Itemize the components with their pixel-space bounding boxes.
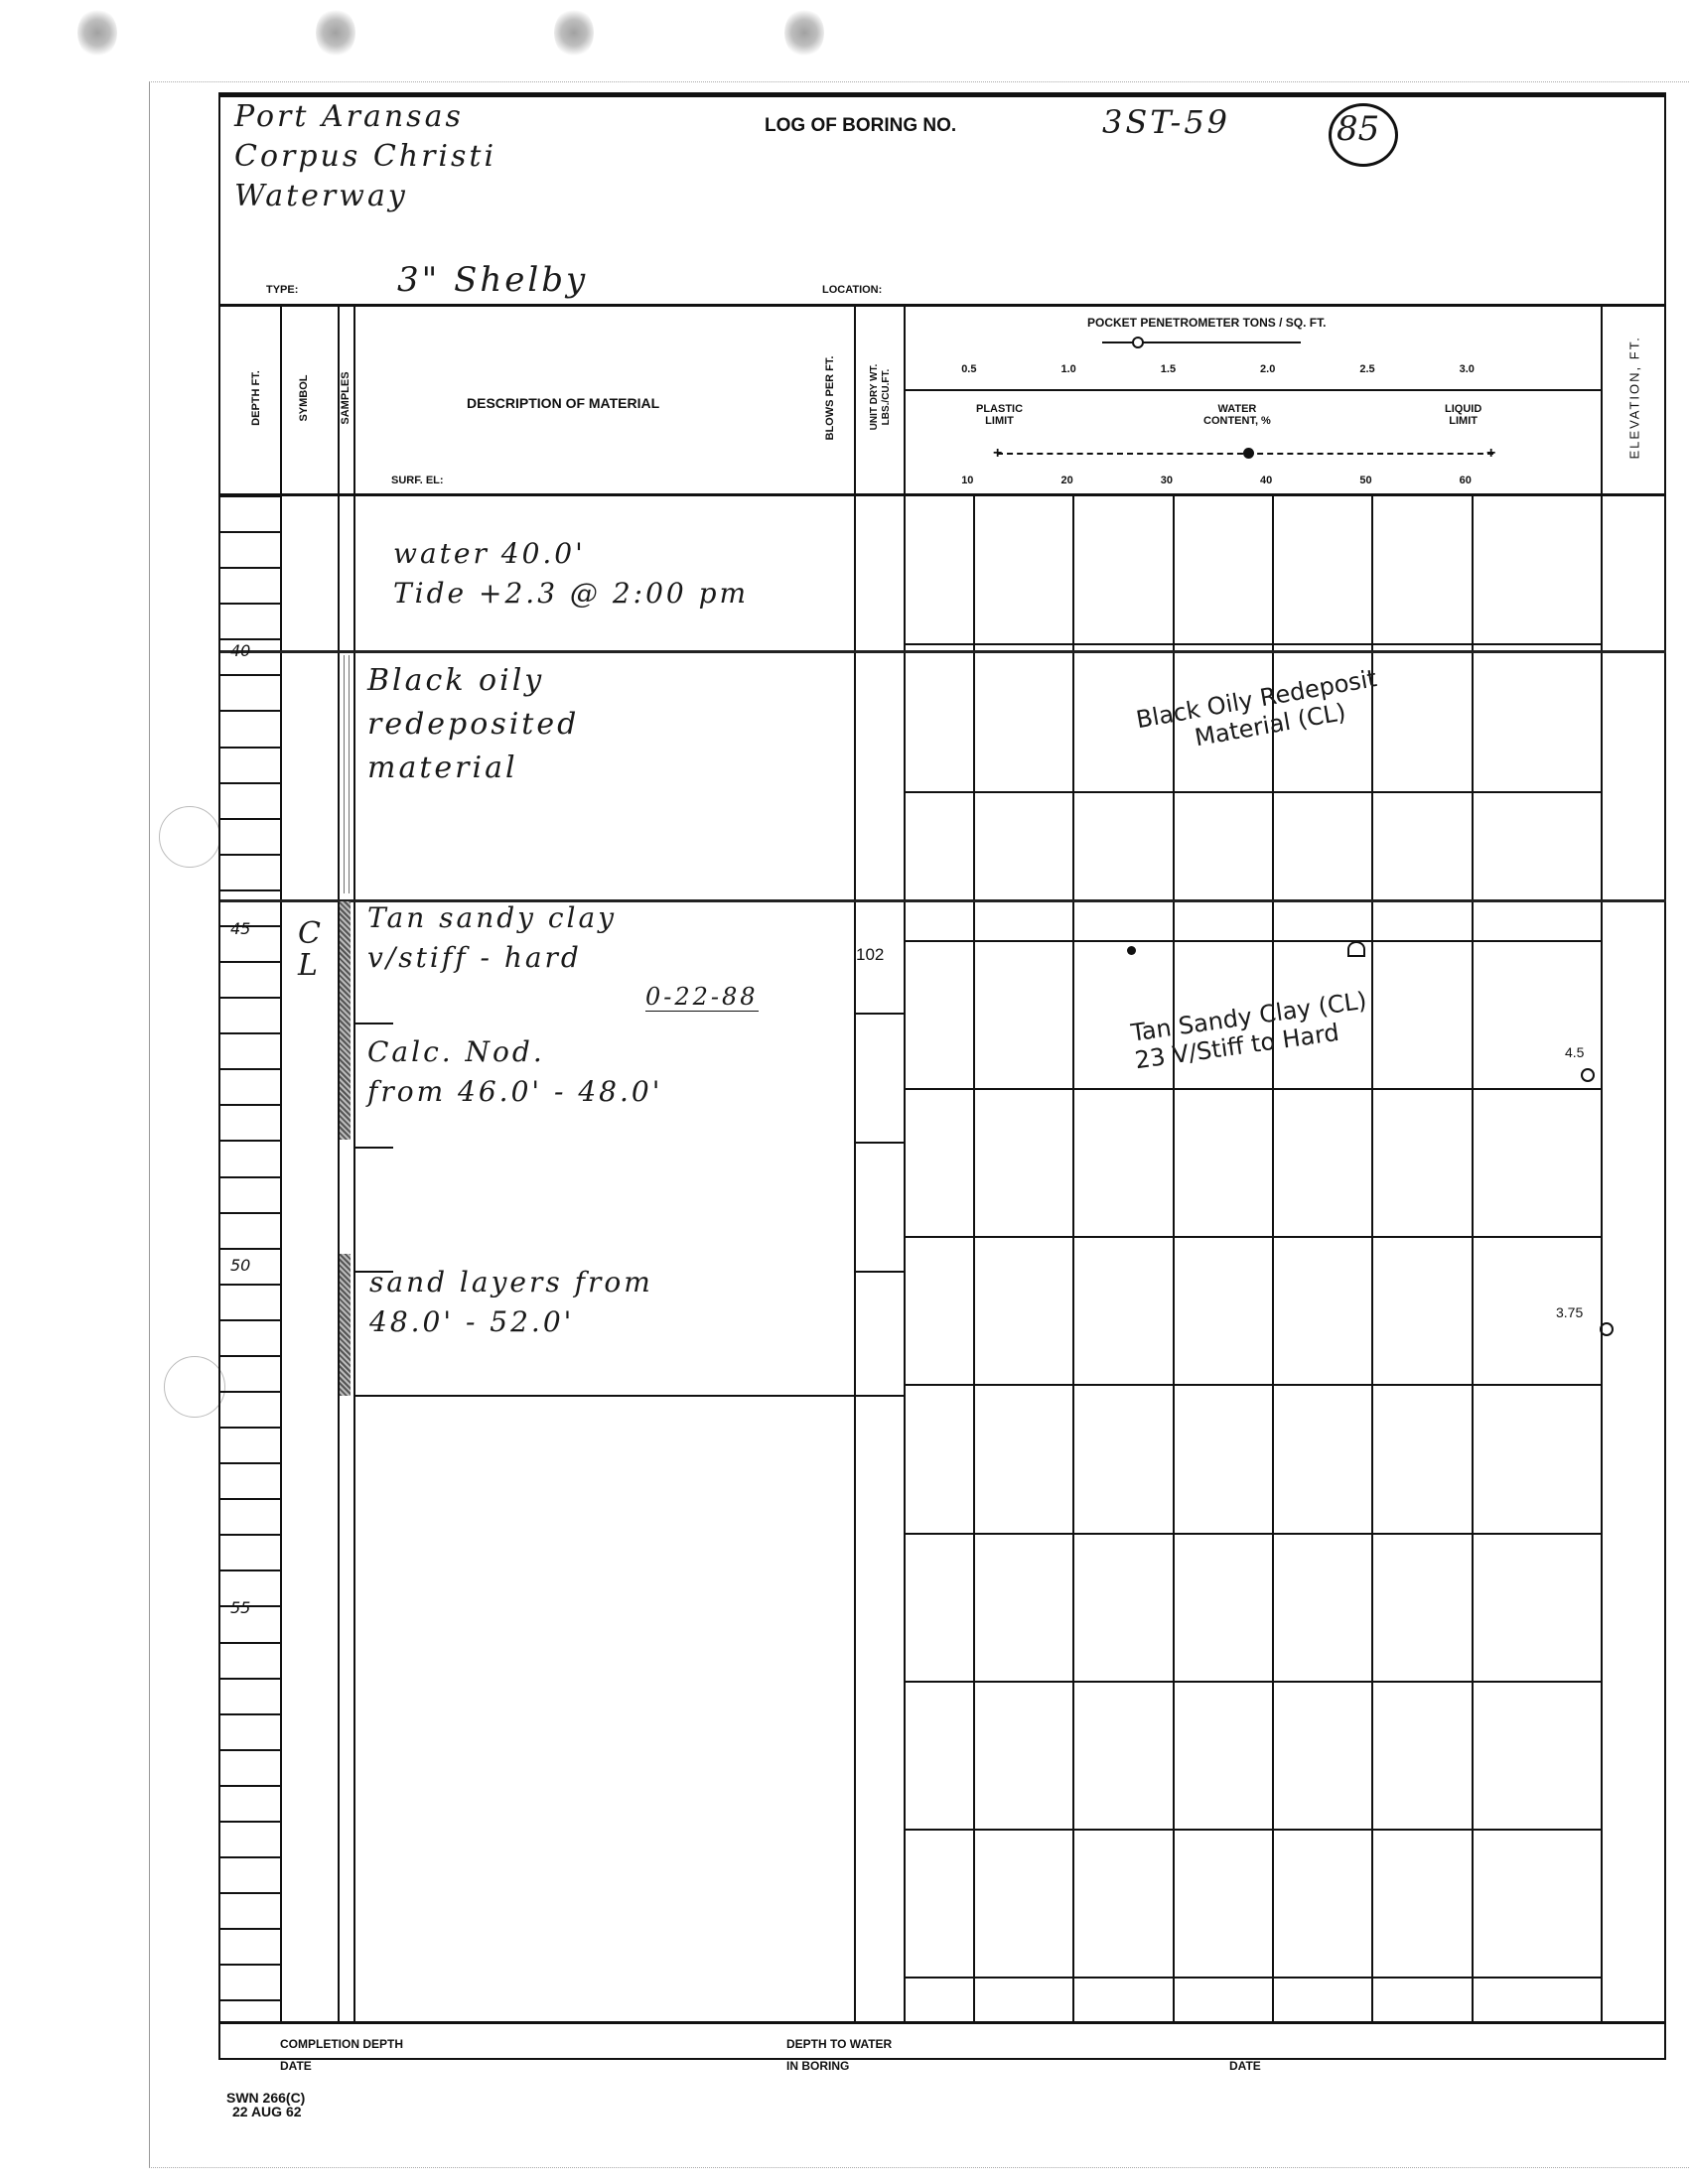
date-label: DATE [1229,2059,1261,2073]
divider [353,304,355,2021]
divider [353,1147,393,1149]
scale-tick-label: 20 [1060,475,1072,486]
depth-tick [220,1104,280,1106]
depth-tick [220,854,280,856]
depth-tick [220,747,280,749]
divider [338,304,340,2021]
form-number: SWN 266(C) [226,2091,305,2105]
log-title: LOG OF BORING NO. [765,115,956,137]
blows-header: BLOWS PER FT. [824,339,836,458]
grid-line [904,1533,1601,1535]
divider [280,304,282,2021]
depth-tick [220,1032,280,1034]
grid-line [904,791,1601,793]
grid-line [904,1236,1601,1238]
samples-header: SAMPLES [340,366,352,430]
location-label: LOCATION: [822,284,882,296]
depth-tick [220,1964,280,1966]
scale-tick-label: 30 [1161,475,1173,486]
unit-dry-wt-value: 102 [856,945,884,965]
depth-tick [220,818,280,820]
depth-tick [220,1248,280,1250]
depth-label: 45 [230,919,250,938]
description-note: 0-22-88 [645,983,759,1012]
depth-label: 50 [230,1256,250,1275]
label-line: LIMIT [976,415,1023,427]
description-line: redeposited [367,703,579,747]
penetrometer-point [1581,1068,1595,1082]
depth-tick [220,1140,280,1142]
description-line: material [367,747,579,790]
depth-header: DEPTH FT. [250,358,262,438]
punch-hole [159,806,220,868]
scale-tick-label: 60 [1460,475,1472,486]
depth-tick [220,1999,280,2001]
depth-tick [220,1821,280,1823]
symbol-letter: C [298,918,321,950]
divider [854,1013,906,1015]
sample-interval [340,1254,351,1396]
description-line: sand layers from [369,1263,653,1302]
circled-number: 85 [1337,109,1379,149]
label-line: PLASTIC [976,403,1023,415]
depth-tick [220,710,280,712]
water-content-point [1127,946,1136,955]
grid-line [904,1977,1601,1979]
depth-tick [220,1427,280,1429]
project-name: Port Aransas Corpus Christi Waterway [234,97,496,216]
scan-speck [316,8,355,58]
soil-symbol: C L [298,918,321,982]
depth-tick [220,1068,280,1070]
depth-tick [220,1642,280,1644]
grid-line [1072,495,1074,2021]
description-sand-layers: sand layers from 48.0' - 52.0' [369,1263,653,1342]
divider [218,2021,1666,2024]
depth-tick [220,1355,280,1357]
grid-line [973,495,975,2021]
description-line: Tan sandy clay [367,898,617,938]
scale-tick-label: 2.5 [1359,363,1374,375]
scale-tick-label: 0.5 [961,363,976,375]
scale-tick-label: 3.0 [1460,363,1475,375]
liquid-limit-label: LIQUID LIMIT [1445,403,1481,427]
depth-tick [220,1892,280,1894]
scale-tick-label: 2.0 [1260,363,1275,375]
grid-line [1371,495,1373,2021]
depth-tick [220,638,280,640]
description-line: Tide +2.3 @ 2:00 pm [393,574,749,614]
unit-dry-wt-line: UNIT DRY WT. [869,352,881,442]
symbol-header: SYMBOL [298,368,310,428]
punch-hole [164,1356,225,1418]
depth-tick [220,961,280,963]
scan-speck [784,8,824,58]
depth-tick [220,1785,280,1787]
divider [1601,304,1603,2021]
depth-tick [220,1498,280,1500]
penetrometer-legend-symbol [1132,337,1144,348]
depth-tick [220,782,280,784]
grid-line [904,1384,1601,1386]
depth-to-water-label: DEPTH TO WATER [786,2037,892,2051]
layer-boundary [220,650,1666,653]
label-line: LIQUID [1445,403,1481,415]
surf-el-label: SURF. EL: [391,475,444,486]
elevation-note: 3.75 [1556,1304,1583,1320]
depth-tick [220,1319,280,1321]
depth-tick [220,603,280,605]
scale-tick-label: 40 [1260,475,1272,486]
unit-dry-wt-line: LBS./CU.FT. [881,352,893,442]
penetrometer-scale: 0.51.01.52.02.53.0 [904,351,1601,391]
symbol-letter: L [298,950,321,982]
project-line: Corpus Christi [234,137,496,177]
description-line: Calc. Nod. [367,1032,662,1072]
description-water: water 40.0' Tide +2.3 @ 2:00 pm [393,534,749,614]
depth-tick [220,1928,280,1930]
depth-tick [220,674,280,676]
penetrometer-point [1600,1322,1614,1336]
divider [854,304,856,2021]
depth-tick [220,1678,280,1680]
depth-tick [220,495,280,497]
divider [353,1023,393,1024]
label-line: CONTENT, % [1203,415,1271,427]
scan-speck [77,8,117,58]
grid-line [904,643,1601,645]
type-label: TYPE: [266,284,298,296]
scale-tick-label: 50 [1359,475,1371,486]
sample-interval [340,655,351,893]
elevation-header: ELEVATION, FT. [1627,341,1642,460]
depth-tick [220,1856,280,1858]
depth-tick [220,889,280,891]
description-line: v/stiff - hard [367,938,617,978]
grid-line [1472,495,1474,2021]
depth-tick [220,1462,280,1464]
depth-tick [220,567,280,569]
project-line: Port Aransas [234,97,496,137]
form-date: 22 AUG 62 [226,2105,305,2118]
depth-tick [220,1534,280,1536]
description-line: water 40.0' [393,534,749,574]
depth-tick [220,1212,280,1214]
grid-line [904,1088,1601,1090]
water-content-label: WATER CONTENT, % [1203,403,1271,427]
elevation-note: 4.5 [1565,1044,1584,1060]
scale-tick-label: 1.5 [1161,363,1176,375]
label-line: WATER [1203,403,1271,415]
scan-speck [554,8,594,58]
type-value: 3" Shelby [397,260,588,300]
depth-tick [220,531,280,533]
description-line: Black oily [367,659,579,703]
grid-line [904,940,1601,942]
description-black-oily: Black oily redeposited material [367,659,579,790]
water-content-symbol [1243,448,1254,459]
depth-tick [220,1713,280,1715]
completion-date-label: DATE [280,2059,312,2073]
divider [854,1271,906,1273]
plastic-limit-label: PLASTIC LIMIT [976,403,1023,427]
scale-tick-label: 1.0 [1060,363,1075,375]
sample-interval [340,901,351,1140]
description-line: from 46.0' - 48.0' [367,1072,662,1112]
depth-tick [220,1749,280,1751]
water-content-scale: 102030405060 [904,471,1601,492]
grid-line [904,1829,1601,1831]
layer-boundary [353,1395,906,1397]
penetrometer-title: POCKET PENETROMETER TONS / SQ. FT. [1087,316,1326,330]
label-line: LIMIT [1445,415,1481,427]
form-id: SWN 266(C) 22 AUG 62 [226,2091,305,2118]
divider [854,1142,906,1144]
depth-label: 40 [230,641,250,660]
depth-tick [220,1284,280,1286]
project-line: Waterway [234,177,496,216]
penetrometer-point [1347,941,1365,957]
depth-tick [220,1176,280,1178]
divider [218,304,1666,307]
description-header: DESCRIPTION OF MATERIAL [467,395,659,411]
scale-tick-label: 10 [961,475,973,486]
description-tan-sandy-clay: Tan sandy clay v/stiff - hard [367,898,617,978]
depth-tick [220,1391,280,1393]
completion-depth-label: COMPLETION DEPTH [280,2037,403,2051]
divider [904,389,1601,391]
description-calc-nod: Calc. Nod. from 46.0' - 48.0' [367,1032,662,1112]
boring-number: 3ST-59 [1102,103,1230,141]
liquid-limit-symbol: + [1486,445,1495,463]
plastic-limit-symbol: + [993,445,1002,463]
in-boring-label: IN BORING [786,2059,849,2073]
depth-tick [220,997,280,999]
depth-tick [220,1570,280,1571]
description-line: 48.0' - 52.0' [369,1302,653,1342]
depth-label: 55 [230,1598,250,1617]
grid-line [904,1681,1601,1683]
unit-dry-wt-header: UNIT DRY WT. LBS./CU.FT. [869,352,893,442]
